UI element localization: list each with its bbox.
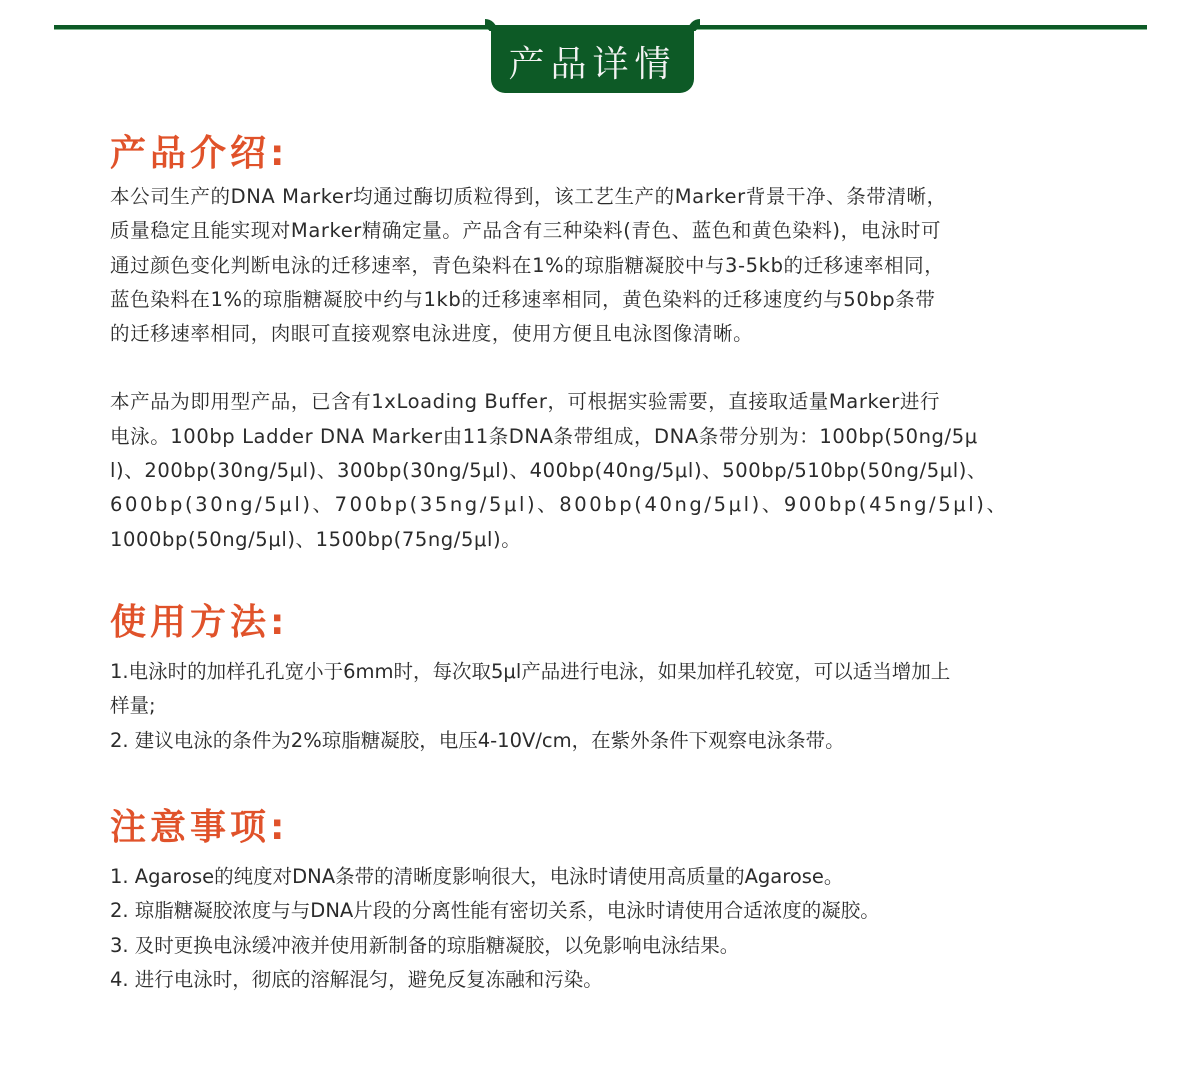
note-item: 1. Agarose的纯度对DNA条带的清晰度影响很大，电泳时请使用高质量的Ag… [110, 860, 1100, 894]
text-line: 本产品为即用型产品，已含有1xLoading Buffer，可根据实验需要，直接… [110, 385, 1100, 419]
header-tab: 产品详情 [491, 25, 694, 93]
section-product-intro: 产品介绍: 本公司生产的DNA Marker均通过酶切质粒得到，该工艺生产的Ma… [110, 128, 1100, 557]
paragraph-gap [110, 351, 1100, 385]
section-notes: 注意事项: 1. Agarose的纯度对DNA条带的清晰度影响很大，电泳时请使用… [110, 802, 1100, 997]
text-line: 通过颜色变化判断电泳的迁移速率，青色染料在1%的琼脂糖凝胶中与3-5kb的迁移速… [110, 249, 1100, 283]
text-line: 的迁移速率相同，肉眼可直接观察电泳进度，使用方便且电泳图像清晰。 [110, 317, 1100, 351]
text-line: 电泳。100bp Ladder DNA Marker由11条DNA条带组成，DN… [110, 420, 1100, 454]
text-line: 本公司生产的DNA Marker均通过酶切质粒得到，该工艺生产的Marker背景… [110, 180, 1100, 214]
section-title-notes: 注意事项: [110, 802, 1100, 854]
intro-paragraph-2: 本产品为即用型产品，已含有1xLoading Buffer，可根据实验需要，直接… [110, 385, 1100, 556]
usage-line: 1.电泳时的加样孔孔宽小于6mm时，每次取5μl产品进行电泳，如果加样孔较宽，可… [110, 655, 1100, 689]
page-title: 产品详情 [508, 36, 676, 87]
text-line: 1000bp(50ng/5μl)、1500bp(75ng/5μl)。 [110, 523, 1100, 557]
note-item: 2. 琼脂糖凝胶浓度与与DNA片段的分离性能有密切关系，电泳时请使用合适浓度的凝… [110, 894, 1100, 928]
section-title-intro: 产品介绍: [110, 128, 1100, 180]
usage-line: 2. 建议电泳的条件为2%琼脂糖凝胶，电压4-10V/cm，在紫外条件下观察电泳… [110, 724, 1100, 758]
usage-line: 样量; [110, 689, 1100, 723]
note-item: 4. 进行电泳时，彻底的溶解混匀，避免反复冻融和污染。 [110, 963, 1100, 997]
section-usage: 使用方法: 1.电泳时的加样孔孔宽小于6mm时，每次取5μl产品进行电泳，如果加… [110, 597, 1100, 758]
text-line: 蓝色染料在1%的琼脂糖凝胶中约与1kb的迁移速率相同，黄色染料的迁移速度约与50… [110, 283, 1100, 317]
section-title-usage: 使用方法: [110, 597, 1100, 649]
intro-paragraph-1: 本公司生产的DNA Marker均通过酶切质粒得到，该工艺生产的Marker背景… [110, 180, 1100, 351]
text-line: 质量稳定且能实现对Marker精确定量。产品含有三种染料(青色、蓝色和黄色染料)… [110, 214, 1100, 248]
note-item: 3. 及时更换电泳缓冲液并使用新制备的琼脂糖凝胶，以免影响电泳结果。 [110, 929, 1100, 963]
text-line: 600bp(30ng/5μl)、700bp(35ng/5μl)、800bp(40… [110, 488, 1100, 522]
text-line: l)、200bp(30ng/5μl)、300bp(30ng/5μl)、400bp… [110, 454, 1100, 488]
